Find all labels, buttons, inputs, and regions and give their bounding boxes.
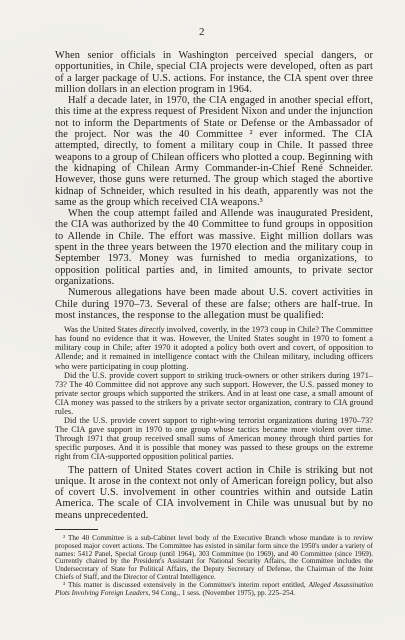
allegation-terrorist-support: Did the U.S. provide covert support to r… [55,416,373,461]
closing-paragraph: The pattern of United States covert acti… [55,465,373,521]
document-page: 2 When senior officials in Washington pe… [0,0,405,640]
allegation-direct-involvement: Was the United States directly involved,… [55,325,373,370]
allegations-qualified-block: Was the United States directly involved,… [55,325,373,461]
body-text: When senior officials in Washington perc… [55,50,373,521]
paragraph-senior-officials: When senior officials in Washington perc… [55,50,373,95]
footnotes: ² The 40 Committee is a sub-Cabinet leve… [55,535,373,597]
paragraph-40-committee-funding: When the coup attempt failed and Allende… [55,208,373,287]
footnote-separator [55,529,98,530]
paragraph-1970-effort: Half a decade later, in 1970, the CIA en… [55,95,373,208]
allegation-strikers-support: Did the U.S. provide covert support to s… [55,371,373,416]
footnote-3-interim-report: ³ This matter is discussed extensively i… [55,582,373,598]
footnote-2-forty-committee: ² The 40 Committee is a sub-Cabinet leve… [55,535,373,582]
page-number: 2 [31,26,373,38]
paragraph-allegations-intro: Numerous allegations have been made abou… [55,287,373,321]
